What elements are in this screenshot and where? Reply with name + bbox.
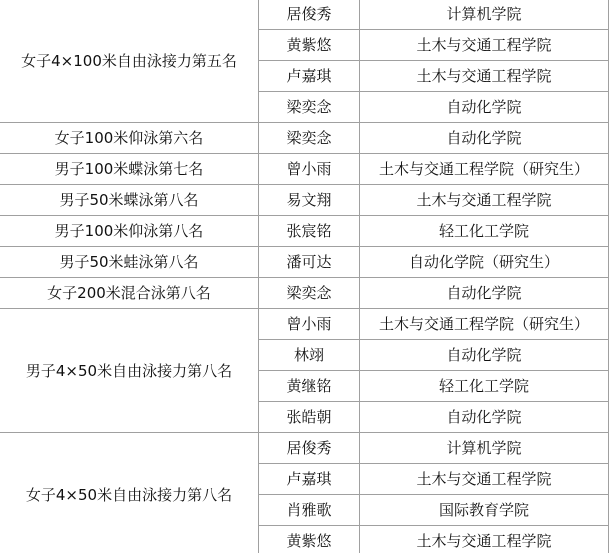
college-cell: 轻工化工学院 bbox=[360, 216, 609, 247]
college-cell: 自动化学院 bbox=[360, 340, 609, 371]
event-cell: 女子200米混合泳第八名 bbox=[0, 278, 259, 309]
table-row: 男子100米仰泳第八名 张宸铭 轻工化工学院 bbox=[0, 216, 609, 247]
athlete-name: 梁奕念 bbox=[259, 123, 360, 154]
college-cell: 轻工化工学院 bbox=[360, 371, 609, 402]
athlete-name: 居俊秀 bbox=[259, 433, 360, 464]
table-row: 男子4×50米自由泳接力第八名 曾小雨 土木与交通工程学院（研究生） bbox=[0, 309, 609, 340]
athlete-name: 居俊秀 bbox=[259, 0, 360, 30]
table-row: 男子50米蝶泳第八名 易文翔 土木与交通工程学院 bbox=[0, 185, 609, 216]
athlete-name: 林翊 bbox=[259, 340, 360, 371]
athlete-name: 潘可达 bbox=[259, 247, 360, 278]
results-table-container: 女子4×100米自由泳接力第五名 居俊秀 计算机学院 黄紫悠 土木与交通工程学院… bbox=[0, 0, 609, 553]
table-row: 男子50米蛙泳第八名 潘可达 自动化学院（研究生） bbox=[0, 247, 609, 278]
athlete-name: 卢嘉琪 bbox=[259, 464, 360, 495]
event-cell: 男子100米蝶泳第七名 bbox=[0, 154, 259, 185]
event-cell: 男子50米蛙泳第八名 bbox=[0, 247, 259, 278]
athlete-name: 曾小雨 bbox=[259, 154, 360, 185]
table-row: 女子4×50米自由泳接力第八名 居俊秀 计算机学院 bbox=[0, 433, 609, 464]
college-cell: 国际教育学院 bbox=[360, 495, 609, 526]
results-table: 女子4×100米自由泳接力第五名 居俊秀 计算机学院 黄紫悠 土木与交通工程学院… bbox=[0, 0, 609, 553]
athlete-name: 易文翔 bbox=[259, 185, 360, 216]
athlete-name: 黄紫悠 bbox=[259, 30, 360, 61]
athlete-name: 张皓朝 bbox=[259, 402, 360, 433]
event-cell: 女子4×50米自由泳接力第八名 bbox=[0, 433, 259, 553]
college-cell: 自动化学院 bbox=[360, 402, 609, 433]
college-cell: 自动化学院 bbox=[360, 278, 609, 309]
athlete-name: 曾小雨 bbox=[259, 309, 360, 340]
athlete-name: 梁奕念 bbox=[259, 278, 360, 309]
event-cell: 男子4×50米自由泳接力第八名 bbox=[0, 309, 259, 433]
college-cell: 计算机学院 bbox=[360, 433, 609, 464]
event-cell: 女子100米仰泳第六名 bbox=[0, 123, 259, 154]
athlete-name: 卢嘉琪 bbox=[259, 61, 360, 92]
college-cell: 土木与交通工程学院 bbox=[360, 185, 609, 216]
athlete-name: 张宸铭 bbox=[259, 216, 360, 247]
table-row: 男子100米蝶泳第七名 曾小雨 土木与交通工程学院（研究生） bbox=[0, 154, 609, 185]
college-cell: 土木与交通工程学院 bbox=[360, 464, 609, 495]
athlete-name: 梁奕念 bbox=[259, 92, 360, 123]
table-row: 女子200米混合泳第八名 梁奕念 自动化学院 bbox=[0, 278, 609, 309]
college-cell: 土木与交通工程学院 bbox=[360, 30, 609, 61]
college-cell: 土木与交通工程学院 bbox=[360, 61, 609, 92]
table-row: 女子100米仰泳第六名 梁奕念 自动化学院 bbox=[0, 123, 609, 154]
college-cell: 计算机学院 bbox=[360, 0, 609, 30]
college-cell: 土木与交通工程学院（研究生） bbox=[360, 154, 609, 185]
college-cell: 自动化学院 bbox=[360, 92, 609, 123]
college-cell: 自动化学院 bbox=[360, 123, 609, 154]
college-cell: 土木与交通工程学院（研究生） bbox=[360, 309, 609, 340]
event-cell: 女子4×100米自由泳接力第五名 bbox=[0, 0, 259, 123]
college-cell: 自动化学院（研究生） bbox=[360, 247, 609, 278]
table-row: 女子4×100米自由泳接力第五名 居俊秀 计算机学院 bbox=[0, 0, 609, 30]
event-cell: 男子100米仰泳第八名 bbox=[0, 216, 259, 247]
athlete-name: 黄紫悠 bbox=[259, 526, 360, 553]
athlete-name: 黄继铭 bbox=[259, 371, 360, 402]
event-cell: 男子50米蝶泳第八名 bbox=[0, 185, 259, 216]
athlete-name: 肖雅歌 bbox=[259, 495, 360, 526]
college-cell: 土木与交通工程学院 bbox=[360, 526, 609, 553]
